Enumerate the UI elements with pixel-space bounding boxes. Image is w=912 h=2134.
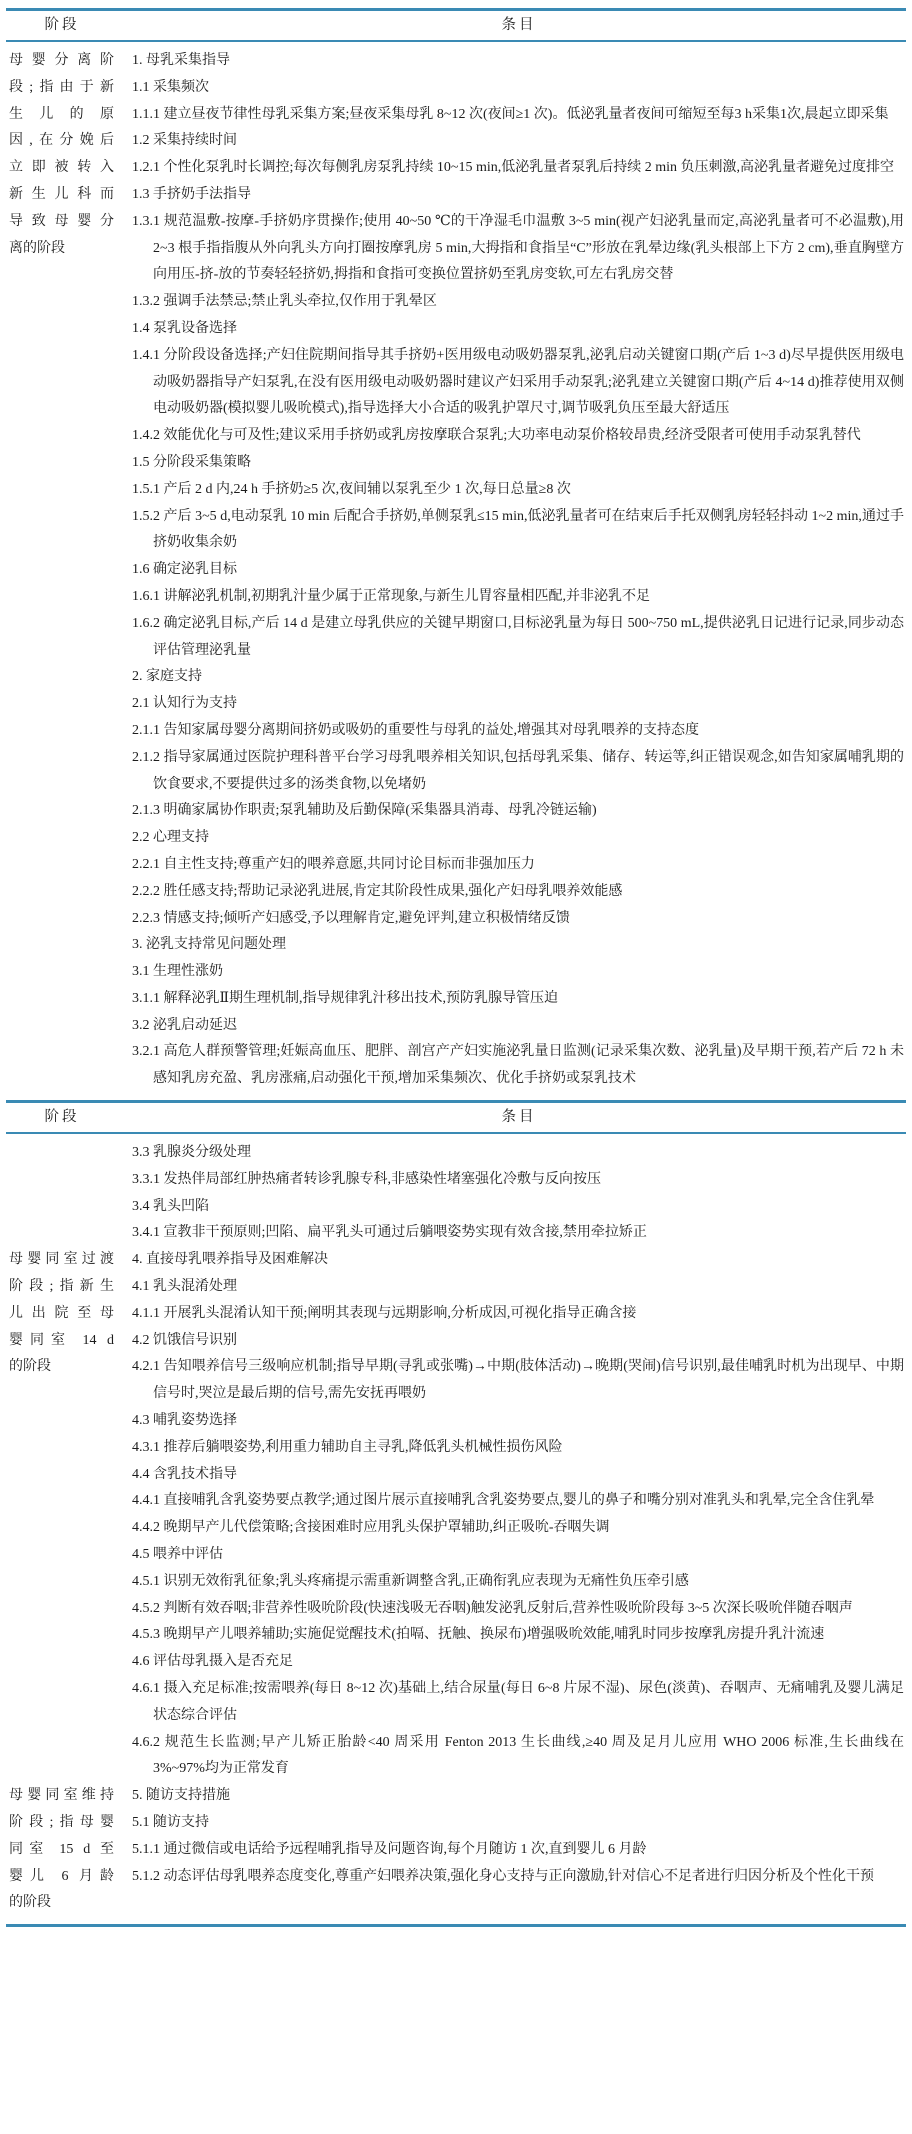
stage-column-header: 阶段 <box>6 1103 118 1132</box>
item-entry: 2.2.1 自主性支持;尊重产妇的喂养意愿,共同讨论目标而非强加压力 <box>132 852 904 879</box>
stage-line: 生儿的原 <box>9 102 114 129</box>
item-entry: 3.2 泌乳启动延迟 <box>132 1013 904 1040</box>
items-cell: 4. 直接母乳喂养指导及困难解决4.1 乳头混淆处理4.1.1 开展乳头混淆认知… <box>114 1247 906 1783</box>
item-entry: 1. 母乳采集指导 <box>132 48 904 75</box>
stage-line: 儿出院至母 <box>9 1301 114 1328</box>
item-entry: 5. 随访支持措施 <box>132 1783 904 1810</box>
item-entry: 2.1.1 告知家属母婴分离期间挤奶或吸奶的重要性与母乳的益处,增强其对母乳喂养… <box>132 718 904 745</box>
guideline-table-part-2: 阶段 条目 3.3 乳腺炎分级处理3.3.1 发热伴局部红肿热痛者转诊乳腺专科,… <box>6 1103 906 1927</box>
stage-line: 同室 15 d 至 <box>9 1837 114 1864</box>
item-entry: 4.2 饥饿信号识别 <box>132 1328 904 1355</box>
item-entry: 2.2.2 胜任感支持;帮助记录泌乳进展,肯定其阶段性成果,强化产妇母乳喂养效能… <box>132 879 904 906</box>
item-entry: 2.2.3 情感支持;倾听产妇感受,予以理解肯定,避免评判,建立积极情绪反馈 <box>132 906 904 933</box>
item-entry: 4.3 哺乳姿势选择 <box>132 1408 904 1435</box>
item-entry: 2.1 认知行为支持 <box>132 691 904 718</box>
item-entry: 1.5.1 产后 2 d 内,24 h 手挤奶≥5 次,夜间辅以泵乳至少 1 次… <box>132 477 904 504</box>
item-entry: 1.4.2 效能优化与可及性;建议采用手挤奶或乳房按摩联合泵乳;大功率电动泵价格… <box>132 423 904 450</box>
item-entry: 4.5 喂养中评估 <box>132 1542 904 1569</box>
item-entry: 4.4.1 直接哺乳含乳姿势要点教学;通过图片展示直接哺乳含乳姿势要点,婴儿的鼻… <box>132 1488 904 1515</box>
item-entry: 1.5.2 产后 3~5 d,电动泵乳 10 min 后配合手挤奶,单侧泵乳≤1… <box>132 504 904 558</box>
item-entry: 3.1.1 解释泌乳Ⅱ期生理机制,指导规律乳汁移出技术,预防乳腺导管压迫 <box>132 986 904 1013</box>
item-entry: 1.3.1 规范温敷-按摩-手挤奶序贯操作;使用 40~50 ℃的干净湿毛巾温敷… <box>132 209 904 289</box>
item-entry: 5.1 随访支持 <box>132 1810 904 1837</box>
item-entry: 1.1.1 建立昼夜节律性母乳采集方案;昼夜采集母乳 8~12 次(夜间≥1 次… <box>132 102 904 129</box>
item-entry: 1.1 采集频次 <box>132 75 904 102</box>
table-body: 3.3 乳腺炎分级处理3.3.1 发热伴局部红肿热痛者转诊乳腺专科,非感染性堵塞… <box>6 1134 906 1924</box>
item-entry: 2. 家庭支持 <box>132 664 904 691</box>
stage-line: 母婴分离阶 <box>9 48 114 75</box>
item-entry: 4. 直接母乳喂养指导及困难解决 <box>132 1247 904 1274</box>
item-entry: 4.1 乳头混淆处理 <box>132 1274 904 1301</box>
table-row: 母婴同室维持阶段;指母婴同室 15 d 至婴儿 6 月龄的阶段5. 随访支持措施… <box>6 1783 906 1917</box>
stage-line: 的阶段 <box>9 1890 114 1917</box>
table-row: 母婴同室过渡阶段;指新生儿出院至母婴同室 14 d的阶段4. 直接母乳喂养指导及… <box>6 1247 906 1783</box>
item-entry: 5.1.2 动态评估母乳喂养态度变化,尊重产妇喂养决策,强化身心支持与正向激励,… <box>132 1864 904 1891</box>
item-entry: 4.5.3 晚期早产儿喂养辅助;实施促觉醒技术(拍嗝、抚触、换尿布)增强吸吮效能… <box>132 1622 904 1649</box>
item-entry: 3.1 生理性涨奶 <box>132 959 904 986</box>
item-entry: 1.6 确定泌乳目标 <box>132 557 904 584</box>
stage-line: 阶段;指新生 <box>9 1274 114 1301</box>
items-cell: 1. 母乳采集指导1.1 采集频次1.1.1 建立昼夜节律性母乳采集方案;昼夜采… <box>114 48 906 1093</box>
item-entry: 3.4.1 宣教非干预原则;凹陷、扁平乳头可通过后躺喂姿势实现有效含接,禁用牵拉… <box>132 1220 904 1247</box>
item-entry: 5.1.1 通过微信或电话给予远程哺乳指导及问题咨询,每个月随访 1 次,直到婴… <box>132 1837 904 1864</box>
stage-line: 段;指由于新 <box>9 75 114 102</box>
item-entry: 1.6.2 确定泌乳目标,产后 14 d 是建立母乳供应的关键早期窗口,目标泌乳… <box>132 611 904 665</box>
stage-line: 新生儿科而 <box>9 182 114 209</box>
table-row: 3.3 乳腺炎分级处理3.3.1 发热伴局部红肿热痛者转诊乳腺专科,非感染性堵塞… <box>6 1140 906 1247</box>
item-entry: 3.3 乳腺炎分级处理 <box>132 1140 904 1167</box>
stage-column-header: 阶段 <box>6 11 118 40</box>
item-entry: 1.5 分阶段采集策略 <box>132 450 904 477</box>
stage-line: 因,在分娩后 <box>9 128 114 155</box>
item-entry: 4.2.1 告知喂养信号三级响应机制;指导早期(寻乳或张嘴)→中期(肢体活动)→… <box>132 1354 904 1408</box>
item-entry: 1.2.1 个性化泵乳时长调控;每次每侧乳房泵乳持续 10~15 min,低泌乳… <box>132 155 904 182</box>
item-entry: 4.6.1 摄入充足标准;按需喂养(每日 8~12 次)基础上,结合尿量(每日 … <box>132 1676 904 1730</box>
item-entry: 4.5.1 识别无效衔乳征象;乳头疼痛提示需重新调整含乳,正确衔乳应表现为无痛性… <box>132 1569 904 1596</box>
item-entry: 4.6 评估母乳摄入是否充足 <box>132 1649 904 1676</box>
stage-line: 离的阶段 <box>9 236 114 263</box>
stage-cell: 母婴同室维持阶段;指母婴同室 15 d 至婴儿 6 月龄的阶段 <box>6 1783 114 1917</box>
stage-cell: 母婴同室过渡阶段;指新生儿出院至母婴同室 14 d的阶段 <box>6 1247 114 1381</box>
table-header-row: 阶段 条目 <box>6 11 906 42</box>
stage-line: 的阶段 <box>9 1354 114 1381</box>
item-entry: 3.2.1 高危人群预警管理;妊娠高血压、肥胖、剖宫产产妇实施泌乳量日监测(记录… <box>132 1039 904 1093</box>
item-entry: 3. 泌乳支持常见问题处理 <box>132 932 904 959</box>
item-entry: 4.1.1 开展乳头混淆认知干预;阐明其表现与远期影响,分析成因,可视化指导正确… <box>132 1301 904 1328</box>
stage-cell: 母婴分离阶段;指由于新生儿的原因,在分娩后立即被转入新生儿科而导致母婴分离的阶段 <box>6 48 114 262</box>
item-entry: 4.4.2 晚期早产儿代偿策略;含接困难时应用乳头保护罩辅助,纠正吸吮-吞咽失调 <box>132 1515 904 1542</box>
item-entry: 1.4 泵乳设备选择 <box>132 316 904 343</box>
item-entry: 2.1.2 指导家属通过医院护理科普平台学习母乳喂养相关知识,包括母乳采集、储存… <box>132 745 904 799</box>
item-entry: 2.1.3 明确家属协作职责;泵乳辅助及后勤保障(采集器具消毒、母乳冷链运输) <box>132 798 904 825</box>
document-page: 阶段 条目 母婴分离阶段;指由于新生儿的原因,在分娩后立即被转入新生儿科而导致母… <box>0 0 912 2134</box>
item-entry: 2.2 心理支持 <box>132 825 904 852</box>
item-entry: 3.4 乳头凹陷 <box>132 1194 904 1221</box>
table-row: 母婴分离阶段;指由于新生儿的原因,在分娩后立即被转入新生儿科而导致母婴分离的阶段… <box>6 48 906 1093</box>
items-cell: 5. 随访支持措施5.1 随访支持5.1.1 通过微信或电话给予远程哺乳指导及问… <box>114 1783 906 1890</box>
stage-line: 立即被转入 <box>9 155 114 182</box>
item-entry: 4.4 含乳技术指导 <box>132 1462 904 1489</box>
stage-line: 母婴同室过渡 <box>9 1247 114 1274</box>
item-entry: 3.3.1 发热伴局部红肿热痛者转诊乳腺专科,非感染性堵塞强化冷敷与反向按压 <box>132 1167 904 1194</box>
item-entry: 1.3.2 强调手法禁忌;禁止乳头牵拉,仅作用于乳晕区 <box>132 289 904 316</box>
table-header-row: 阶段 条目 <box>6 1103 906 1134</box>
stage-line: 婴同室 14 d <box>9 1328 114 1355</box>
stage-line: 母婴同室维持 <box>9 1783 114 1810</box>
items-cell: 3.3 乳腺炎分级处理3.3.1 发热伴局部红肿热痛者转诊乳腺专科,非感染性堵塞… <box>114 1140 906 1247</box>
item-entry: 4.6.2 规范生长监测;早产儿矫正胎龄<40 周采用 Fenton 2013 … <box>132 1730 904 1784</box>
table-body: 母婴分离阶段;指由于新生儿的原因,在分娩后立即被转入新生儿科而导致母婴分离的阶段… <box>6 42 906 1100</box>
item-entry: 1.2 采集持续时间 <box>132 128 904 155</box>
item-entry: 1.6.1 讲解泌乳机制,初期乳汁量少属于正常现象,与新生儿胃容量相匹配,并非泌… <box>132 584 904 611</box>
item-column-header: 条目 <box>132 1103 906 1132</box>
stage-line: 婴儿 6 月龄 <box>9 1864 114 1891</box>
stage-line: 导致母婴分 <box>9 209 114 236</box>
item-entry: 1.4.1 分阶段设备选择;产妇住院期间指导其手挤奶+医用级电动吸奶器泵乳,泌乳… <box>132 343 904 423</box>
guideline-table-part-1: 阶段 条目 母婴分离阶段;指由于新生儿的原因,在分娩后立即被转入新生儿科而导致母… <box>6 8 906 1103</box>
item-entry: 4.5.2 判断有效吞咽;非营养性吸吮阶段(快速浅吸无吞咽)触发泌乳反射后,营养… <box>132 1596 904 1623</box>
item-column-header: 条目 <box>132 11 906 40</box>
item-entry: 4.3.1 推荐后躺喂姿势,利用重力辅助自主寻乳,降低乳头机械性损伤风险 <box>132 1435 904 1462</box>
item-entry: 1.3 手挤奶手法指导 <box>132 182 904 209</box>
stage-line: 阶段;指母婴 <box>9 1810 114 1837</box>
